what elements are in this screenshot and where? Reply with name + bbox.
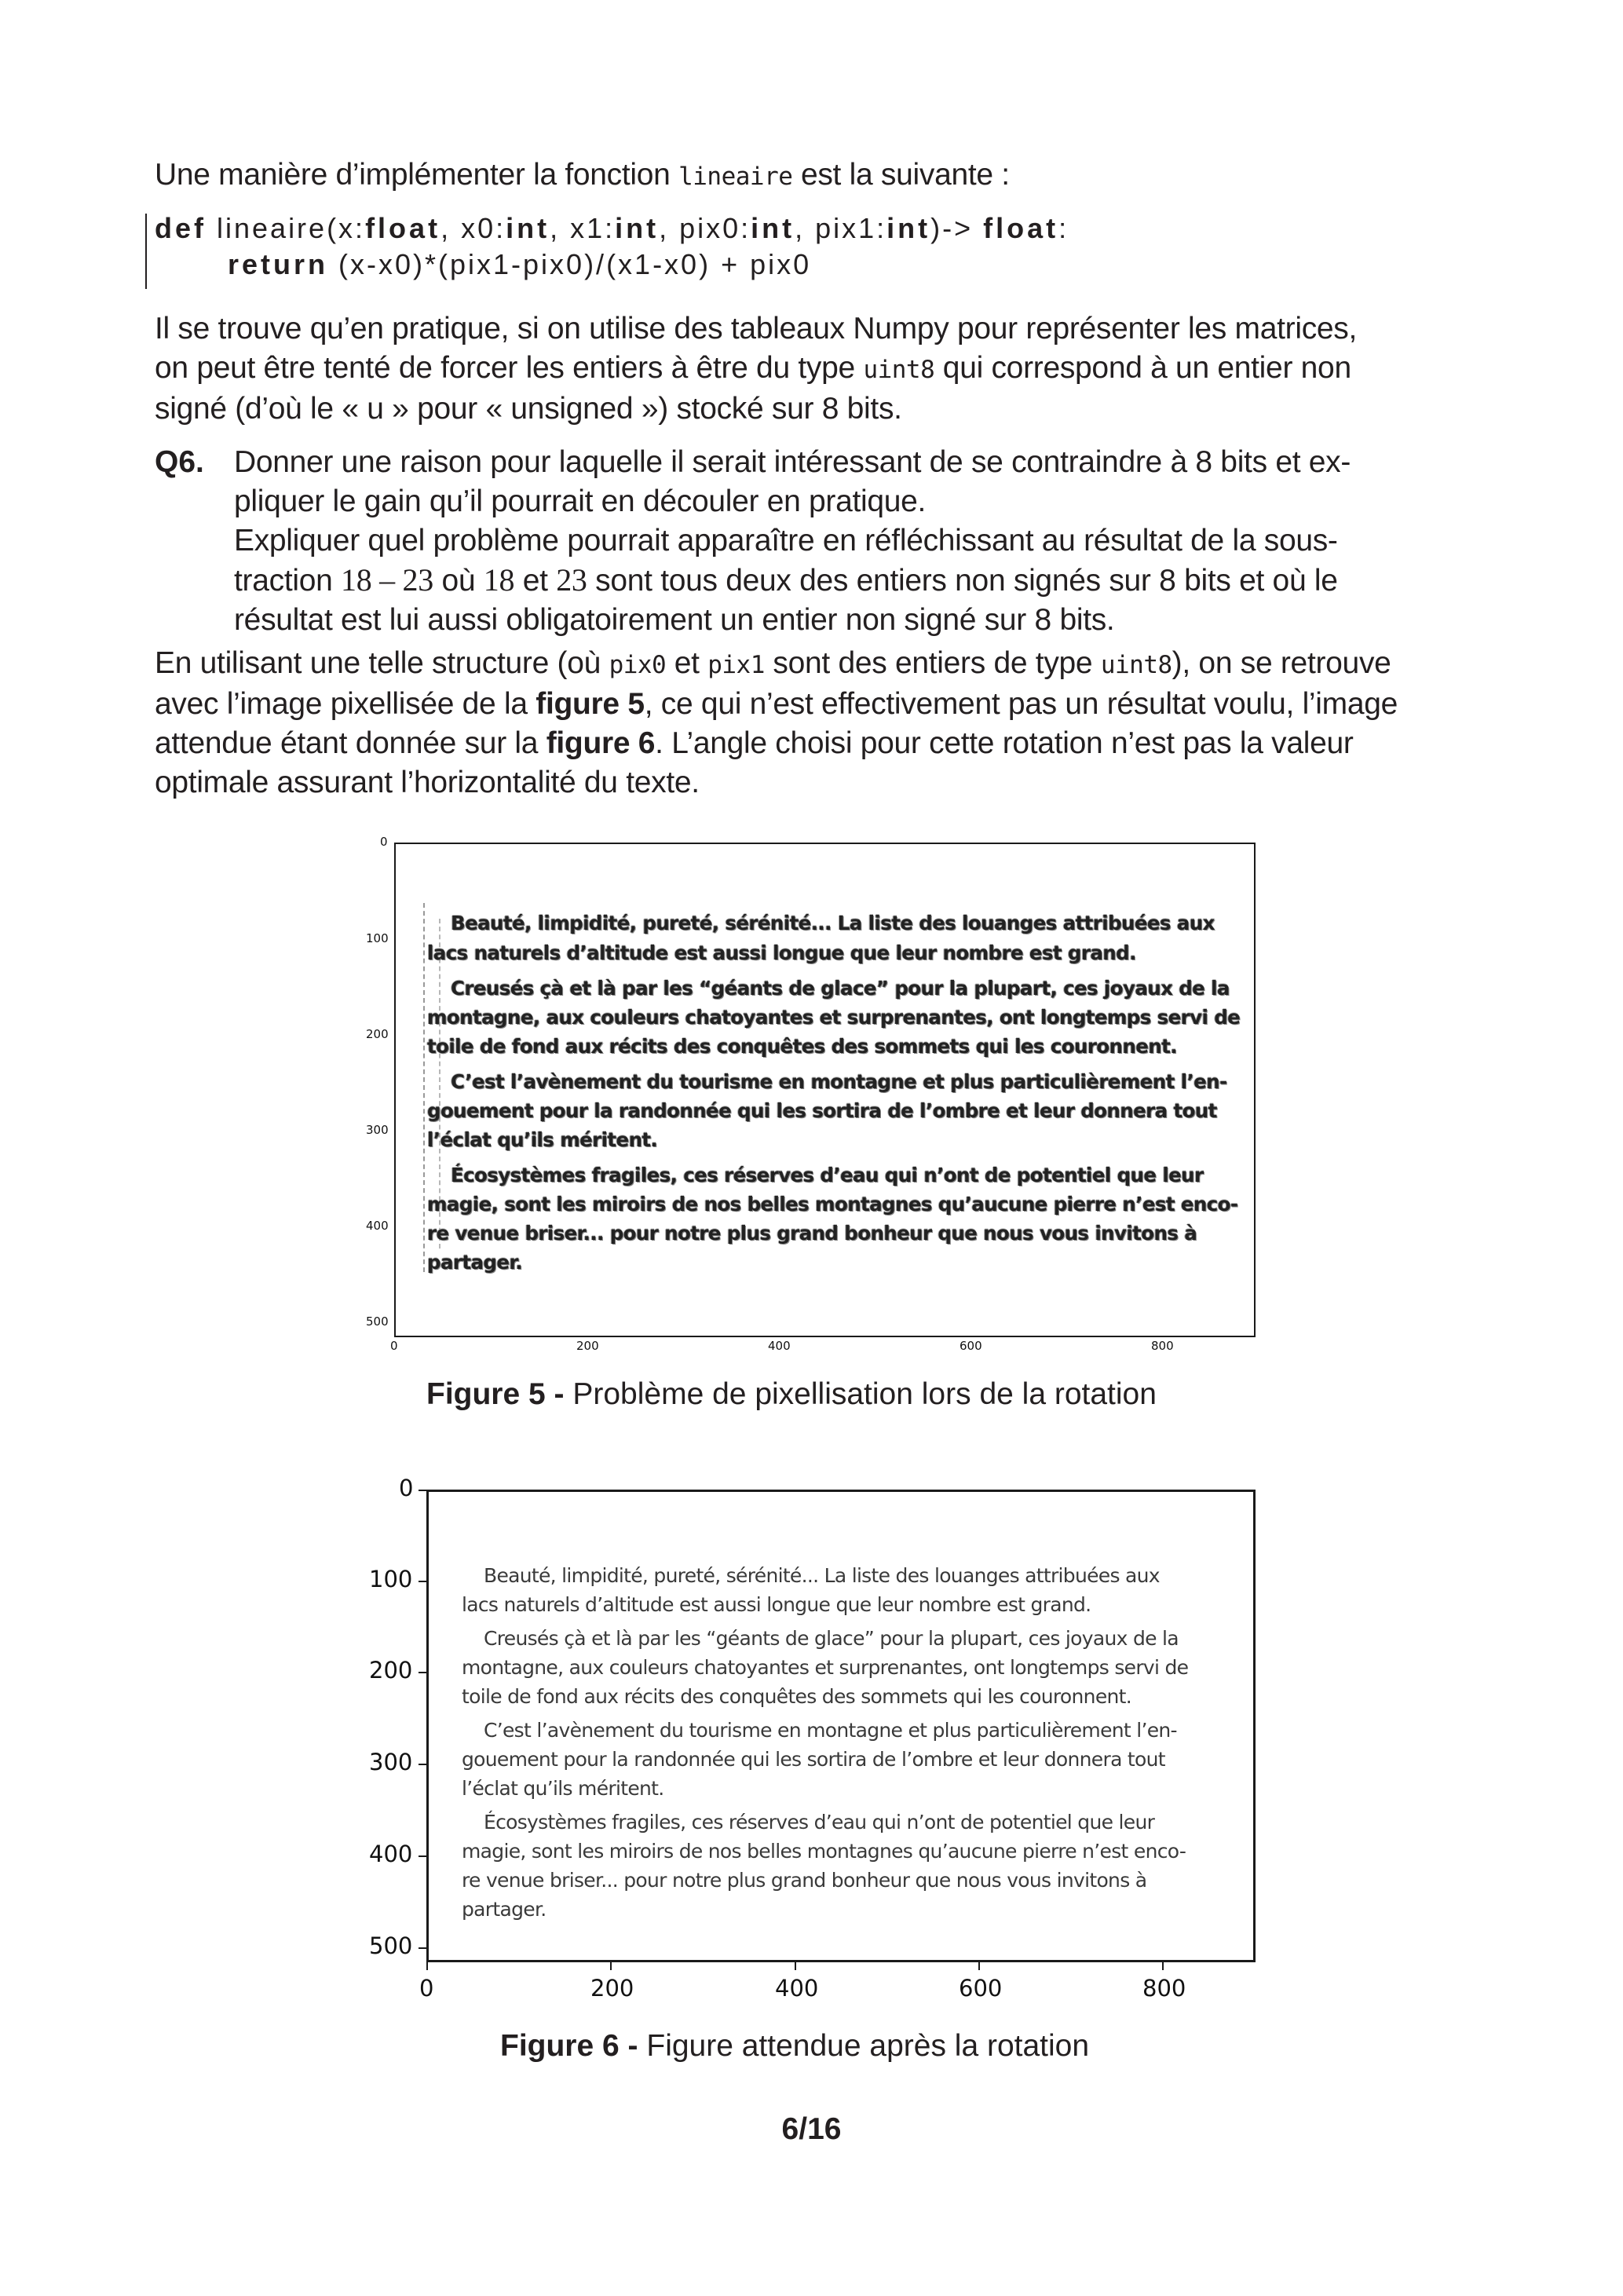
- image-text-line: Creusés çà et là par les “géants de glac…: [451, 977, 1230, 1000]
- y-tick-mark: [419, 1947, 426, 1949]
- image-text-line: C’est l’avènement du tourisme en montagn…: [484, 1719, 1177, 1742]
- text-fragment: En utilisant une telle structure (où: [155, 646, 609, 680]
- y-tick-mark: [419, 1672, 426, 1673]
- image-text-line: montagne, aux couleurs chatoyantes et su…: [427, 1006, 1240, 1029]
- image-text-line: Creusés çà et là par les “géants de glac…: [484, 1627, 1179, 1650]
- type-int: int: [615, 212, 659, 244]
- math-number: 18: [484, 562, 514, 598]
- x-tick-mark: [795, 1962, 796, 1970]
- type-int: int: [886, 212, 930, 244]
- x-tick-label: 200: [576, 1339, 599, 1353]
- y-tick-label: 300: [369, 1749, 412, 1775]
- x-tick-mark: [1162, 1962, 1164, 1970]
- image-text-line: l’éclat qu’ils méritent.: [427, 1128, 657, 1151]
- x-tick-mark: [978, 1962, 980, 1970]
- figure-5-plot-area: Beauté, limpidité, pureté, sérénité... L…: [394, 843, 1256, 1337]
- caption-text: Figure attendue après la rotation: [638, 2029, 1090, 2063]
- image-text-line: l’éclat qu’ils méritent.: [462, 1777, 664, 1800]
- inline-code-pix0: pix0: [609, 651, 667, 679]
- text-fragment: traction: [234, 564, 341, 598]
- text-line: traction 18 – 23 où 18 et 23 sont tous d…: [234, 561, 1482, 601]
- figure-6-caption: Figure 6 - Figure attendue après la rota…: [500, 2029, 1089, 2064]
- y-tick-label: 200: [369, 1657, 412, 1684]
- intro-text-end: est la suivante :: [792, 158, 1009, 192]
- x-tick-label: 800: [1151, 1339, 1174, 1353]
- figure-6-plot-area: Beauté, limpidité, pureté, sérénité... L…: [426, 1490, 1256, 1962]
- x-tick-label: 400: [768, 1339, 791, 1353]
- text-line: résultat est lui aussi obligatoirement u…: [234, 601, 1482, 640]
- type-int: int: [751, 212, 795, 244]
- image-text-line: re venue briser... pour notre plus grand…: [427, 1222, 1197, 1245]
- text-fragment: . L’angle choisi pour cette rotation n’e…: [655, 726, 1353, 760]
- y-tick-label: 300: [366, 1123, 389, 1137]
- text-line: En utilisant une telle structure (où pix…: [155, 644, 1482, 685]
- image-text-line: Écosystèmes fragiles, ces réserves d’eau…: [484, 1811, 1154, 1834]
- intro-line: Une manière d’implémenter la fonction li…: [155, 155, 1482, 196]
- figure-reference: figure 5: [536, 687, 644, 721]
- paragraph-figures: En utilisant une telle structure (où pix…: [155, 644, 1482, 803]
- text-line: avec l’image pixellisée de la figure 5, …: [155, 685, 1482, 724]
- text-fragment: où: [433, 564, 484, 598]
- y-tick-mark: [419, 1581, 426, 1582]
- x-tick-label: 0: [419, 1975, 433, 2002]
- y-tick-mark: [419, 1855, 426, 1857]
- code-fragment: )->: [930, 212, 983, 244]
- figure-reference: figure 6: [546, 726, 655, 760]
- x-tick-label: 600: [960, 1339, 982, 1353]
- y-tick-label: 400: [369, 1841, 412, 1867]
- caption-label: Figure 6 -: [500, 2029, 638, 2063]
- x-tick-label: 400: [775, 1975, 818, 2002]
- caption-label: Figure 5 -: [426, 1377, 565, 1411]
- image-text-line: gouement pour la randonnée qui les sorti…: [462, 1748, 1165, 1771]
- image-text-line: partager.: [462, 1898, 546, 1921]
- math-expression: 18 – 23: [341, 562, 433, 598]
- text-fragment: ), on se retrouve: [1172, 646, 1391, 680]
- x-tick-label: 800: [1142, 1975, 1186, 2002]
- code-fragment: , pix0:: [659, 212, 751, 244]
- text-line: Il se trouve qu’en pratique, si on utili…: [155, 309, 1482, 349]
- text-line: signé (d’où le « u » pour « unsigned ») …: [155, 389, 1482, 429]
- code-fragment: , x1:: [550, 212, 615, 244]
- code-line-def: def lineaire(x:float, x0:int, x1:int, pi…: [155, 212, 1069, 245]
- text-fragment: on peut être tenté de forcer les entiers…: [155, 351, 863, 385]
- y-tick-label: 100: [366, 931, 389, 945]
- type-float: float: [983, 212, 1058, 244]
- image-text-line: montagne, aux couleurs chatoyantes et su…: [462, 1656, 1188, 1679]
- code-line-return: return (x-x0)*(pix1-pix0)/(x1-x0) + pix0: [228, 248, 811, 281]
- text-line: pliquer le gain qu’il pourrait en découl…: [234, 482, 1482, 521]
- question-body: Donner une raison pour laquelle il serai…: [234, 443, 1482, 640]
- page-number: 6/16: [0, 2112, 1623, 2147]
- code-fragment: :: [1058, 212, 1069, 244]
- y-tick-label: 100: [369, 1566, 412, 1592]
- x-tick-mark: [426, 1962, 428, 1970]
- x-tick-label: 600: [959, 1975, 1002, 2002]
- paragraph-numpy: Il se trouve qu’en pratique, si on utili…: [155, 309, 1482, 429]
- text-fragment: et: [666, 646, 707, 680]
- image-text-line: magie, sont les miroirs de nos belles mo…: [427, 1193, 1237, 1216]
- text-fragment: sont tous deux des entiers non signés su…: [587, 564, 1338, 598]
- y-tick-label: 200: [366, 1027, 389, 1041]
- math-number: 23: [556, 562, 587, 598]
- keyword-return: return: [228, 248, 328, 280]
- image-text-line: lacs naturels d’altitude est aussi longu…: [462, 1593, 1091, 1616]
- text-line: Donner une raison pour laquelle il serai…: [234, 443, 1482, 482]
- x-tick-mark: [610, 1962, 612, 1970]
- inline-code-lineaire: lineaire: [678, 163, 792, 191]
- type-float: float: [365, 212, 440, 244]
- x-tick-label: 0: [390, 1339, 398, 1353]
- text-fragment: attendue étant donnée sur la: [155, 726, 546, 760]
- text-fragment: , ce qui n’est effectivement pas un résu…: [645, 687, 1398, 721]
- text-fragment: qui correspond à un entier non: [934, 351, 1351, 385]
- image-text-line: Beauté, limpidité, pureté, sérénité... L…: [484, 1564, 1160, 1587]
- image-text-line: toile de fond aux récits des conquêtes d…: [427, 1035, 1177, 1058]
- image-text-line: lacs naturels d’altitude est aussi longu…: [427, 941, 1136, 964]
- image-text-line: magie, sont les miroirs de nos belles mo…: [462, 1840, 1186, 1863]
- text-fragment: avec l’image pixellisée de la: [155, 687, 536, 721]
- code-fragment: , x0:: [440, 212, 506, 244]
- y-tick-mark: [419, 1490, 426, 1491]
- code-block-border: [145, 214, 147, 289]
- inline-code-uint8: uint8: [863, 356, 934, 384]
- text-line: on peut être tenté de forcer les entiers…: [155, 349, 1482, 389]
- x-tick-label: 200: [590, 1975, 634, 2002]
- text-line: attendue étant donnée sur la figure 6. L…: [155, 724, 1482, 763]
- question-label: Q6.: [155, 443, 204, 482]
- image-text-line: C’est l’avènement du tourisme en montagn…: [451, 1070, 1227, 1093]
- text-fragment: et: [514, 564, 556, 598]
- image-text-line: gouement pour la randonnée qui les sorti…: [427, 1099, 1217, 1122]
- y-tick-label: 500: [366, 1314, 389, 1329]
- image-text-line: Beauté, limpidité, pureté, sérénité... L…: [451, 912, 1215, 934]
- y-tick-label: 400: [366, 1219, 389, 1233]
- keyword-def: def: [155, 212, 207, 244]
- type-int: int: [506, 212, 550, 244]
- code-fragment: , pix1:: [795, 212, 886, 244]
- y-tick-label: 0: [399, 1475, 413, 1501]
- text-line: Expliquer quel problème pourrait apparaî…: [234, 521, 1482, 561]
- y-tick-label: 0: [380, 835, 388, 849]
- artifact-dashes: [423, 903, 426, 1272]
- inline-code-uint8: uint8: [1101, 651, 1172, 679]
- image-text-line: toile de fond aux récits des conquêtes d…: [462, 1685, 1131, 1708]
- image-text-line: partager.: [427, 1251, 522, 1274]
- image-text-line: re venue briser... pour notre plus grand…: [462, 1869, 1146, 1892]
- code-fragment: lineaire(x:: [207, 212, 365, 244]
- code-expression: (x-x0)*(pix1-pix0)/(x1-x0) + pix0: [328, 248, 811, 280]
- intro-text: Une manière d’implémenter la fonction: [155, 158, 678, 192]
- y-tick-label: 500: [369, 1932, 412, 1959]
- y-tick-mark: [419, 1764, 426, 1765]
- text-line: optimale assurant l’horizontalité du tex…: [155, 763, 1482, 803]
- image-text-line: Écosystèmes fragiles, ces réserves d’eau…: [451, 1164, 1203, 1186]
- figure-5-caption: Figure 5 - Problème de pixellisation lor…: [426, 1377, 1157, 1412]
- caption-text: Problème de pixellisation lors de la rot…: [565, 1377, 1157, 1411]
- text-fragment: sont des entiers de type: [765, 646, 1101, 680]
- inline-code-pix1: pix1: [707, 651, 765, 679]
